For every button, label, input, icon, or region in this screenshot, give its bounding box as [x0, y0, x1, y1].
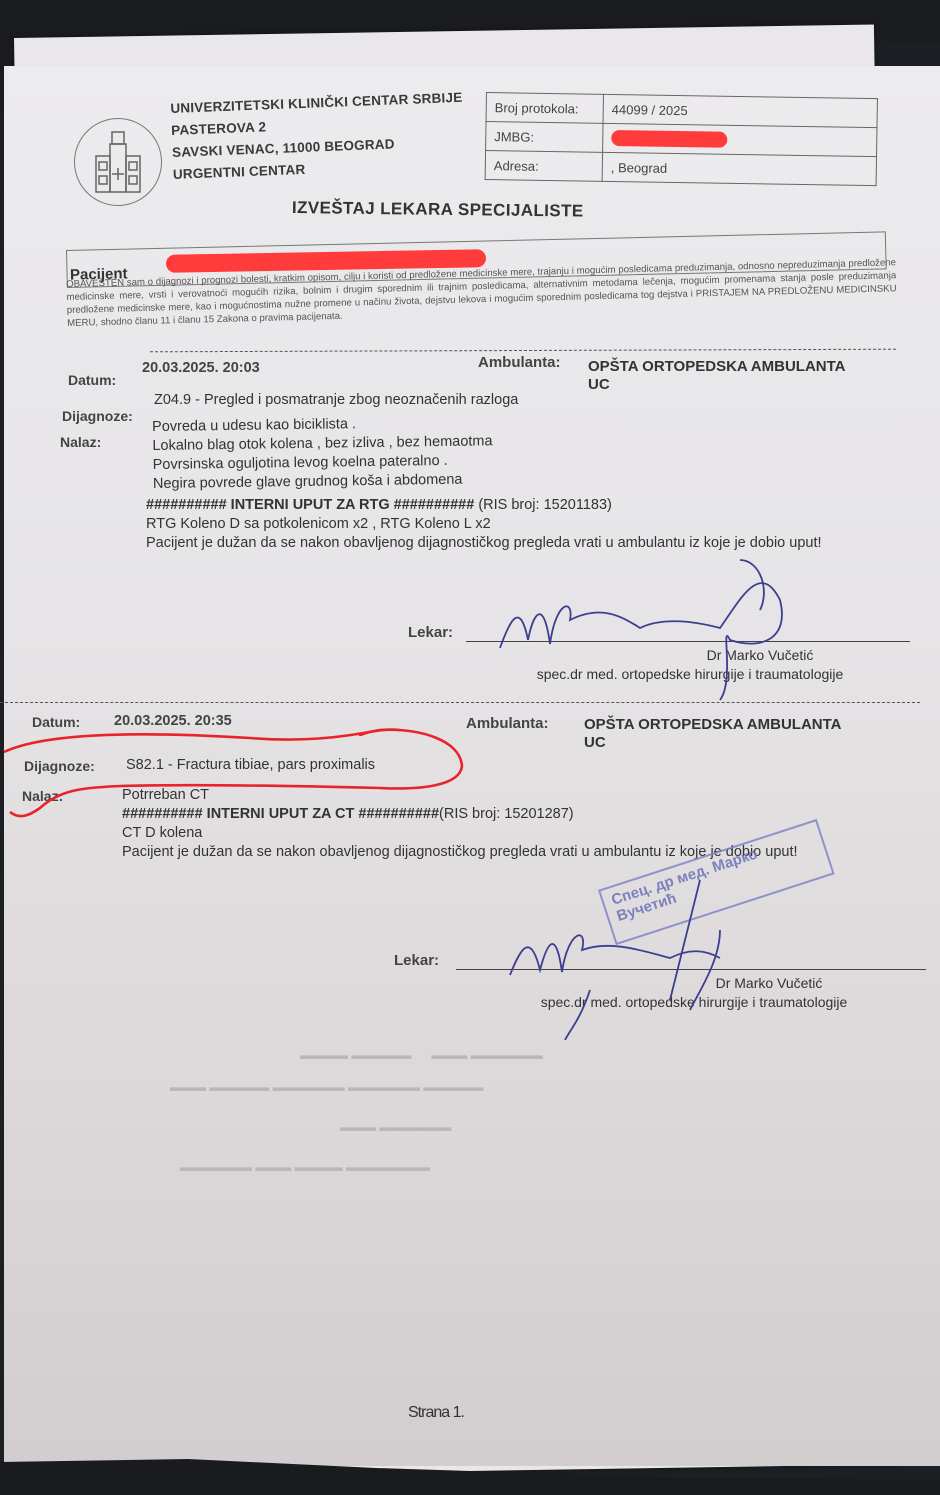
- show-through-text: ▬▬▬ ▬▬▬▬▬ ▬▬▬▬▬▬ ▬▬▬▬▬▬ ▬▬▬▬▬: [170, 1080, 483, 1094]
- protocol-label: Broj protokola:: [486, 93, 603, 124]
- entry2-ambulanta-value: OPŠTA ORTOPEDSKA AMBULANTA UC: [584, 716, 842, 752]
- referral-title: ########## INTERNI UPUT ZA CT ##########: [122, 806, 439, 822]
- entry1-referral: ########## INTERNI UPUT ZA RTG #########…: [146, 496, 916, 553]
- finding-line: Negira povrede glave grudnog koša i abdo…: [153, 470, 493, 494]
- entry2-lekar-label: Lekar:: [394, 952, 439, 969]
- doctor-name: Dr Marko Vučetić: [480, 646, 900, 665]
- entry1-datum-value: 20.03.2025. 20:03: [142, 360, 260, 376]
- page-number: Strana 1.: [408, 1404, 464, 1422]
- entry1-ambulanta-label: Ambulanta:: [478, 354, 561, 371]
- ris-number: (RIS broj: 15201183): [474, 497, 612, 513]
- doctor-name: Dr Marko Vučetić: [476, 974, 912, 993]
- entry1-doctor-block: Dr Marko Vučetić spec.dr med. ortopedske…: [480, 646, 900, 684]
- section-divider: [0, 702, 920, 703]
- doctor-title: spec.dr med. ortopedske hirurgije i trau…: [480, 665, 900, 684]
- ris-number: (RIS broj: 15201287): [439, 806, 574, 822]
- entry1-findings: Povreda u udesu kao biciklista . Lokalno…: [152, 413, 493, 494]
- entry2-doctor-block: Dr Marko Vučetić spec.dr med. ortopedske…: [476, 974, 912, 1012]
- jmbg-redaction: [611, 130, 727, 148]
- institution-block: UNIVERZITETSKI KLINIČKI CENTAR SRBIJE PA…: [170, 87, 465, 186]
- doctor-title: spec.dr med. ortopedske hirurgije i trau…: [476, 993, 912, 1012]
- entry1-datum-label: Datum:: [68, 372, 116, 388]
- show-through-text: ▬▬▬▬ ▬▬▬▬▬ ▬▬▬ ▬▬▬▬▬▬: [300, 1048, 543, 1062]
- jmbg-label: JMBG:: [486, 122, 603, 153]
- jmbg-value: [603, 123, 877, 156]
- show-through-text: ▬▬▬ ▬▬▬▬▬▬: [340, 1120, 451, 1134]
- referral-detail: RTG Koleno D sa potkolenicom x2 , RTG Ko…: [146, 515, 916, 534]
- section-divider: [150, 349, 896, 353]
- document-content: UNIVERZITETSKI KLINIČKI CENTAR SRBIJE PA…: [0, 0, 940, 1495]
- ambulanta-unit: UC: [588, 376, 846, 394]
- ambulanta-name: OPŠTA ORTOPEDSKA AMBULANTA: [584, 716, 842, 734]
- document-title: IZVEŠTAJ LEKARA SPECIJALISTE: [292, 198, 584, 222]
- ambulanta-unit: UC: [584, 734, 842, 752]
- entry1-ambulanta-value: OPŠTA ORTOPEDSKA AMBULANTA UC: [588, 358, 846, 394]
- entry2-ambulanta-label: Ambulanta:: [466, 715, 549, 732]
- entry2-dijagnoze-label: Dijagnoze:: [24, 758, 95, 774]
- finding-line: Potrreban CT: [122, 786, 922, 805]
- entry2-datum-value: 20.03.2025. 20:35: [114, 713, 232, 729]
- referral-title: ########## INTERNI UPUT ZA RTG #########…: [146, 497, 474, 513]
- entry2-diagnosis: S82.1 - Fractura tibiae, pars proximalis: [126, 757, 375, 773]
- ambulanta-name: OPŠTA ORTOPEDSKA AMBULANTA: [588, 358, 846, 376]
- entry1-lekar-label: Lekar:: [408, 624, 453, 641]
- protocol-value: 44099 / 2025: [603, 94, 877, 127]
- entry1-nalaz-label: Nalaz:: [60, 434, 101, 450]
- referral-heading: ########## INTERNI UPUT ZA CT ##########…: [122, 805, 922, 824]
- address-label: Adresa:: [485, 151, 602, 182]
- entry1-diagnosis: Z04.9 - Pregled i posmatranje zbog neozn…: [154, 392, 518, 408]
- show-through-text: ▬▬▬▬▬▬ ▬▬▬ ▬▬▬▬ ▬▬▬▬▬▬▬: [180, 1160, 430, 1174]
- hospital-building-icon: [74, 118, 162, 206]
- background-table-bottom: [0, 1435, 940, 1495]
- patient-instruction: Pacijent je dužan da se nakon obavljenog…: [146, 534, 916, 553]
- entry2-datum-label: Datum:: [32, 714, 80, 730]
- address-row: Adresa: , Beograd: [485, 151, 876, 186]
- entry2-signature-line: [456, 969, 926, 970]
- address-value: , Beograd: [602, 152, 876, 185]
- entry1-dijagnoze-label: Dijagnoze:: [62, 408, 133, 424]
- referral-heading: ########## INTERNI UPUT ZA RTG #########…: [146, 496, 916, 515]
- entry2-nalaz-label: Nalaz:: [22, 788, 63, 804]
- protocol-info-table: Broj protokola: 44099 / 2025 JMBG: Adres…: [485, 92, 878, 186]
- entry1-signature-line: [466, 641, 910, 642]
